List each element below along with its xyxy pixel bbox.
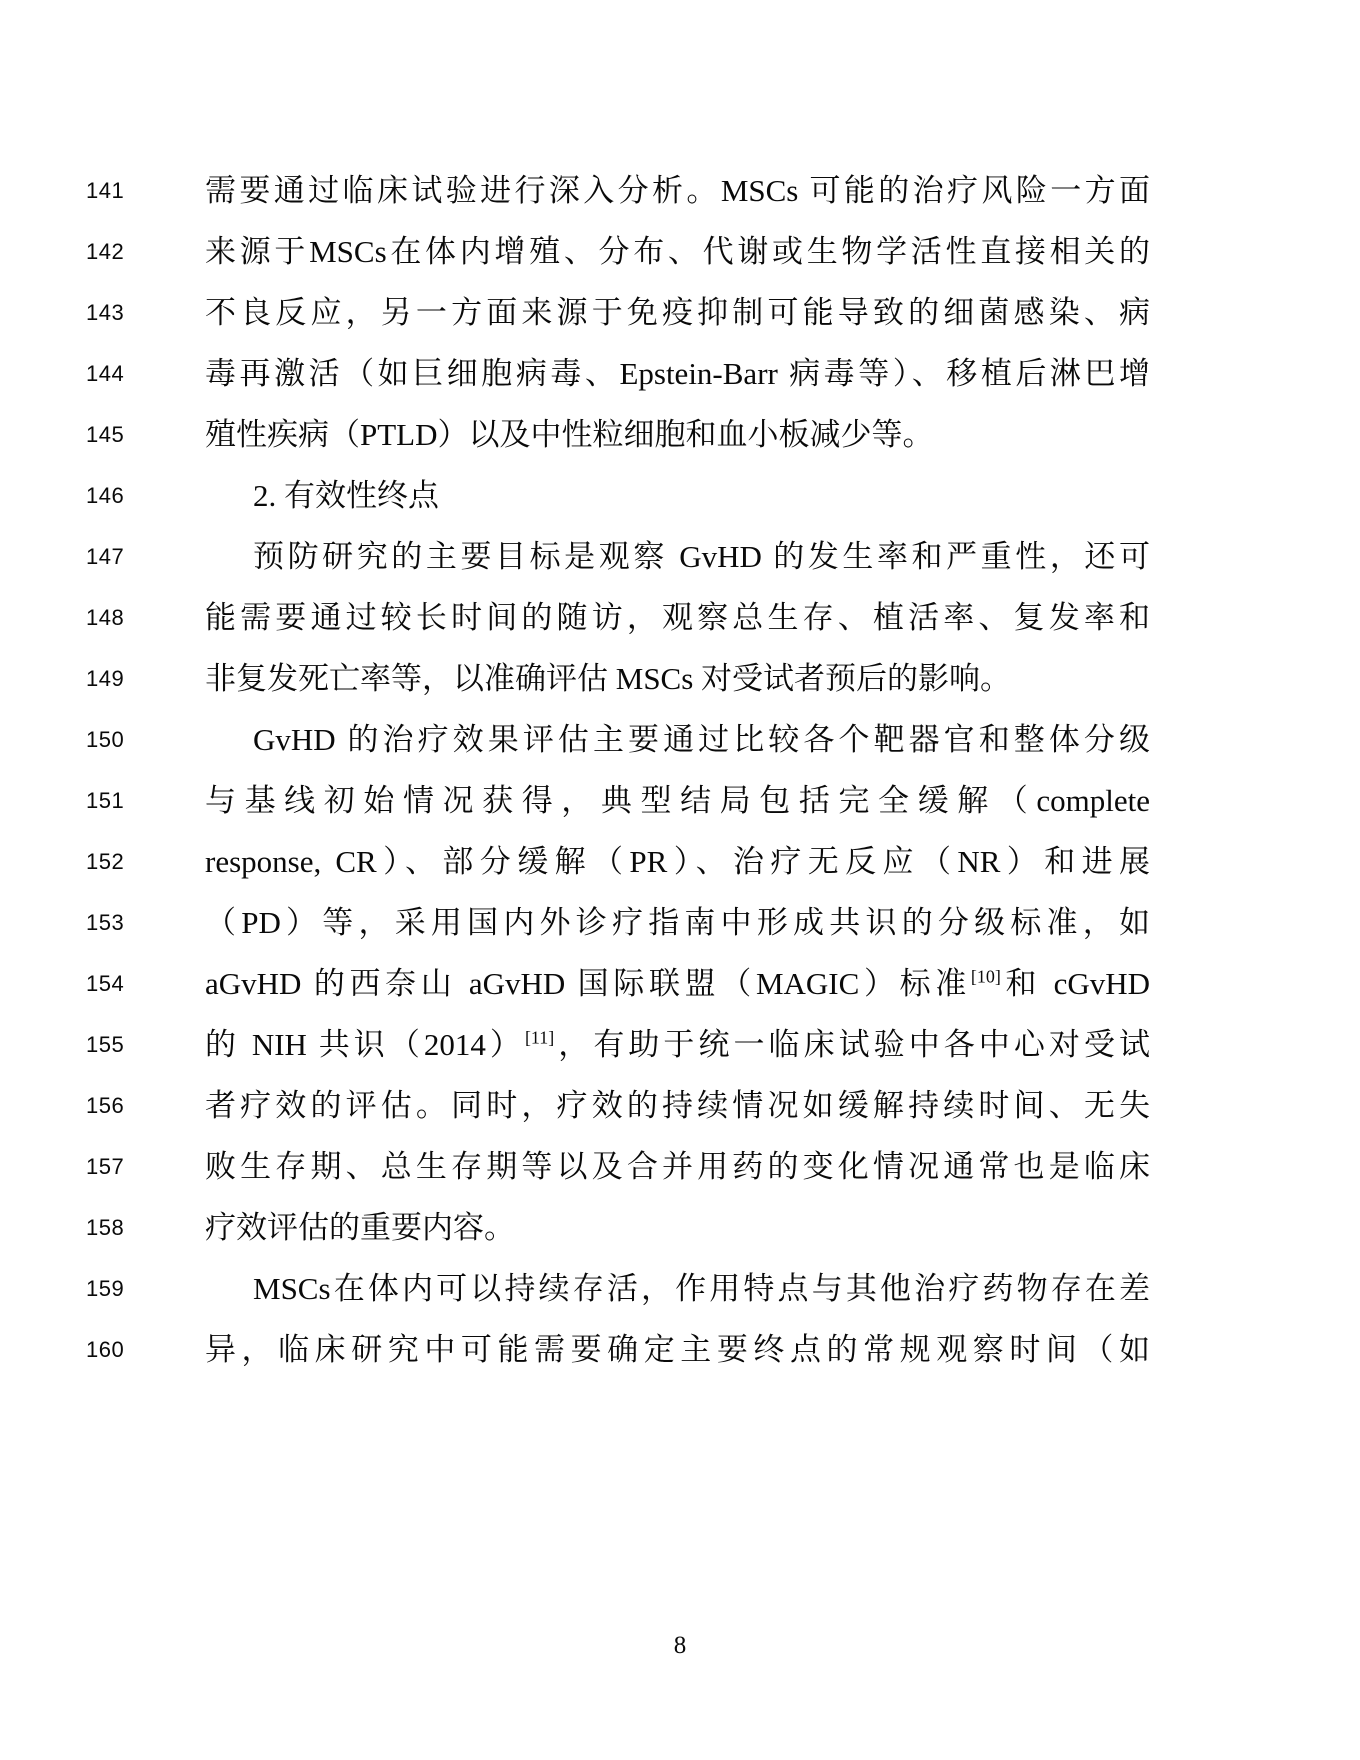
text-segment: （PD）等，采用国内外诊疗指南中形成共识的分级标准，如 bbox=[205, 905, 1150, 940]
line-number: 149 bbox=[86, 666, 124, 692]
line-text: 能需要通过较长时间的随访，观察总生存、植活率、复发率和 bbox=[205, 598, 1150, 638]
line-number: 159 bbox=[86, 1276, 124, 1302]
page-number: 8 bbox=[674, 1632, 687, 1659]
line-text: 疗效评估的重要内容。 bbox=[205, 1208, 1150, 1248]
line-number: 155 bbox=[86, 1032, 124, 1058]
text-segment: 者疗效的评估。同时，疗效的持续情况如缓解持续时间、无失 bbox=[205, 1088, 1150, 1123]
line-text: 2. 有效性终点 bbox=[205, 476, 1150, 516]
text-line: 151与基线初始情况获得，典型结局包括完全缓解（complete bbox=[0, 770, 1360, 831]
text-line: 143不良反应，另一方面来源于免疫抑制可能导致的细菌感染、病 bbox=[0, 282, 1360, 343]
line-text: 殖性疾病（PTLD）以及中性粒细胞和血小板减少等。 bbox=[205, 415, 1150, 455]
line-number: 146 bbox=[86, 483, 124, 509]
text-line: 155的 NIH 共识（2014）[11]，有助于统一临床试验中各中心对受试 bbox=[0, 1014, 1360, 1075]
line-text: 不良反应，另一方面来源于免疫抑制可能导致的细菌感染、病 bbox=[205, 293, 1150, 333]
text-segment: 异，临床研究中可能需要确定主要终点的常规观察时间（如 bbox=[205, 1332, 1150, 1367]
line-text: MSCs在体内可以持续存活，作用特点与其他治疗药物存在差 bbox=[205, 1269, 1150, 1309]
line-number: 142 bbox=[86, 239, 124, 265]
line-number: 160 bbox=[86, 1337, 124, 1363]
text-segment: 殖性疾病（PTLD）以及中性粒细胞和血小板减少等。 bbox=[205, 417, 934, 452]
citation-superscript: [11] bbox=[525, 1027, 554, 1047]
line-number: 145 bbox=[86, 422, 124, 448]
text-segment: 和 cGvHD bbox=[1001, 966, 1150, 1001]
text-line: 145殖性疾病（PTLD）以及中性粒细胞和血小板减少等。 bbox=[0, 404, 1360, 465]
text-segment: 不良反应，另一方面来源于免疫抑制可能导致的细菌感染、病 bbox=[205, 295, 1150, 330]
text-segment: ，有助于统一临床试验中各中心对受试 bbox=[554, 1027, 1150, 1062]
document-page: 141需要通过临床试验进行深入分析。MSCs 可能的治疗风险一方面142来源于M… bbox=[0, 0, 1360, 1760]
text-segment: 败生存期、总生存期等以及合并用药的变化情况通常也是临床 bbox=[205, 1149, 1150, 1184]
text-line: 159MSCs在体内可以持续存活，作用特点与其他治疗药物存在差 bbox=[0, 1258, 1360, 1319]
line-text: GvHD 的治疗效果评估主要通过比较各个靶器官和整体分级 bbox=[205, 720, 1150, 760]
text-segment: 需要通过临床试验进行深入分析。MSCs 可能的治疗风险一方面 bbox=[205, 173, 1150, 208]
text-segment: 毒再激活（如巨细胞病毒、Epstein-Barr 病毒等）、移植后淋巴增 bbox=[205, 356, 1150, 391]
text-segment: 与基线初始情况获得，典型结局包括完全缓解（complete bbox=[205, 783, 1150, 818]
line-number: 151 bbox=[86, 788, 124, 814]
line-number: 144 bbox=[86, 361, 124, 387]
line-number: 141 bbox=[86, 178, 124, 204]
line-text: 毒再激活（如巨细胞病毒、Epstein-Barr 病毒等）、移植后淋巴增 bbox=[205, 354, 1150, 394]
text-line: 141需要通过临床试验进行深入分析。MSCs 可能的治疗风险一方面 bbox=[0, 160, 1360, 221]
line-number: 150 bbox=[86, 727, 124, 753]
line-text: （PD）等，采用国内外诊疗指南中形成共识的分级标准，如 bbox=[205, 903, 1150, 943]
line-number: 154 bbox=[86, 971, 124, 997]
line-number: 156 bbox=[86, 1093, 124, 1119]
text-line: 153（PD）等，采用国内外诊疗指南中形成共识的分级标准，如 bbox=[0, 892, 1360, 953]
line-text: response, CR）、部分缓解（PR）、治疗无反应（NR）和进展 bbox=[205, 842, 1150, 882]
text-segment: 来源于MSCs在体内增殖、分布、代谢或生物学活性直接相关的 bbox=[205, 234, 1150, 269]
line-number: 143 bbox=[86, 300, 124, 326]
text-line: 157败生存期、总生存期等以及合并用药的变化情况通常也是临床 bbox=[0, 1136, 1360, 1197]
line-number: 158 bbox=[86, 1215, 124, 1241]
line-number: 153 bbox=[86, 910, 124, 936]
line-text: 来源于MSCs在体内增殖、分布、代谢或生物学活性直接相关的 bbox=[205, 232, 1150, 272]
line-number: 147 bbox=[86, 544, 124, 570]
page-footer: 8 bbox=[0, 1632, 1360, 1660]
text-segment: 非复发死亡率等，以准确评估 MSCs 对受试者预后的影响。 bbox=[205, 661, 1011, 696]
text-line: 158疗效评估的重要内容。 bbox=[0, 1197, 1360, 1258]
text-line: 156者疗效的评估。同时，疗效的持续情况如缓解持续时间、无失 bbox=[0, 1075, 1360, 1136]
text-line: 147预防研究的主要目标是观察 GvHD 的发生率和严重性，还可 bbox=[0, 526, 1360, 587]
line-text: 的 NIH 共识（2014）[11]，有助于统一临床试验中各中心对受试 bbox=[205, 1025, 1150, 1065]
line-text: 非复发死亡率等，以准确评估 MSCs 对受试者预后的影响。 bbox=[205, 659, 1150, 699]
text-segment: 的 NIH 共识（2014） bbox=[205, 1027, 525, 1062]
citation-superscript: [10] bbox=[971, 966, 1001, 986]
text-segment: 预防研究的主要目标是观察 GvHD 的发生率和严重性，还可 bbox=[253, 539, 1150, 574]
text-line: 154aGvHD 的西奈山 aGvHD 国际联盟（MAGIC）标准[10]和 c… bbox=[0, 953, 1360, 1014]
text-segment: 能需要通过较长时间的随访，观察总生存、植活率、复发率和 bbox=[205, 600, 1150, 635]
line-number: 157 bbox=[86, 1154, 124, 1180]
text-line: 142来源于MSCs在体内增殖、分布、代谢或生物学活性直接相关的 bbox=[0, 221, 1360, 282]
line-text: 败生存期、总生存期等以及合并用药的变化情况通常也是临床 bbox=[205, 1147, 1150, 1187]
text-line: 149非复发死亡率等，以准确评估 MSCs 对受试者预后的影响。 bbox=[0, 648, 1360, 709]
text-line: 160异，临床研究中可能需要确定主要终点的常规观察时间（如 bbox=[0, 1319, 1360, 1380]
text-line: 144毒再激活（如巨细胞病毒、Epstein-Barr 病毒等）、移植后淋巴增 bbox=[0, 343, 1360, 404]
text-segment: 2. 有效性终点 bbox=[253, 478, 439, 513]
line-text: aGvHD 的西奈山 aGvHD 国际联盟（MAGIC）标准[10]和 cGvH… bbox=[205, 964, 1150, 1004]
line-text: 与基线初始情况获得，典型结局包括完全缓解（complete bbox=[205, 781, 1150, 821]
text-segment: aGvHD 的西奈山 aGvHD 国际联盟（MAGIC）标准 bbox=[205, 966, 971, 1001]
line-text: 异，临床研究中可能需要确定主要终点的常规观察时间（如 bbox=[205, 1330, 1150, 1370]
document-body: 141需要通过临床试验进行深入分析。MSCs 可能的治疗风险一方面142来源于M… bbox=[0, 160, 1360, 1380]
text-line: 152response, CR）、部分缓解（PR）、治疗无反应（NR）和进展 bbox=[0, 831, 1360, 892]
text-line: 148能需要通过较长时间的随访，观察总生存、植活率、复发率和 bbox=[0, 587, 1360, 648]
text-segment: response, CR）、部分缓解（PR）、治疗无反应（NR）和进展 bbox=[205, 844, 1150, 879]
line-number: 148 bbox=[86, 605, 124, 631]
line-number: 152 bbox=[86, 849, 124, 875]
text-segment: GvHD 的治疗效果评估主要通过比较各个靶器官和整体分级 bbox=[253, 722, 1150, 757]
text-segment: 疗效评估的重要内容。 bbox=[205, 1210, 515, 1245]
line-text: 需要通过临床试验进行深入分析。MSCs 可能的治疗风险一方面 bbox=[205, 171, 1150, 211]
text-line: 150GvHD 的治疗效果评估主要通过比较各个靶器官和整体分级 bbox=[0, 709, 1360, 770]
text-line: 1462. 有效性终点 bbox=[0, 465, 1360, 526]
line-text: 预防研究的主要目标是观察 GvHD 的发生率和严重性，还可 bbox=[205, 537, 1150, 577]
line-text: 者疗效的评估。同时，疗效的持续情况如缓解持续时间、无失 bbox=[205, 1086, 1150, 1126]
text-segment: MSCs在体内可以持续存活，作用特点与其他治疗药物存在差 bbox=[253, 1271, 1150, 1306]
